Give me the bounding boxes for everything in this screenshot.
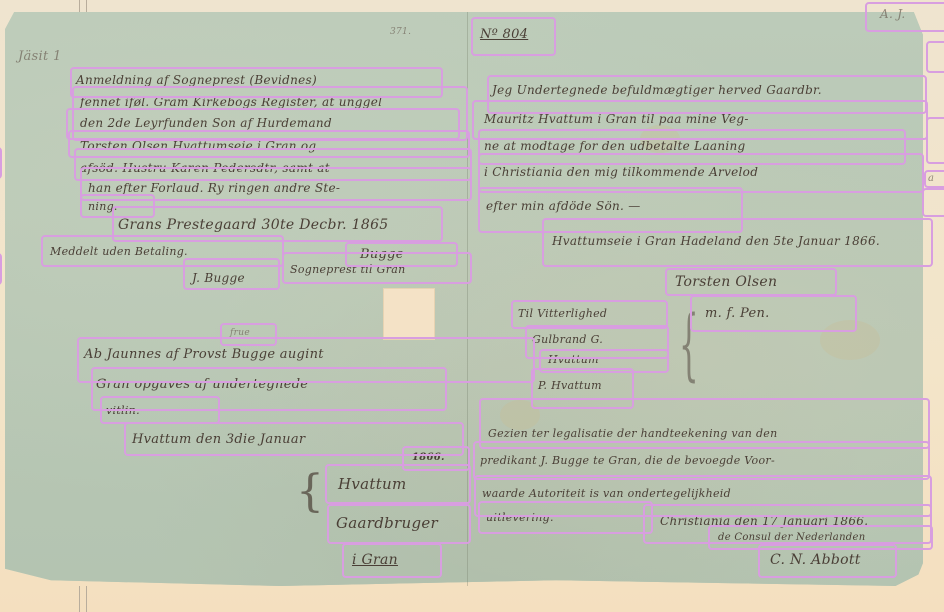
text-region-box[interactable] [926, 117, 944, 164]
bracket-mark: { [296, 466, 324, 517]
text-region-box[interactable] [183, 258, 280, 290]
text-region-box[interactable] [342, 543, 442, 578]
margin-note: Jäsit 1 [18, 50, 62, 63]
text-region-box[interactable] [0, 147, 2, 179]
text-region-box[interactable] [865, 2, 944, 32]
text-region-box[interactable] [690, 295, 857, 332]
text-region-box[interactable] [758, 544, 897, 578]
text-region-box[interactable] [665, 268, 837, 296]
text-region-box[interactable] [282, 252, 472, 284]
paper-patch [383, 288, 435, 340]
text-region-box[interactable] [926, 41, 944, 73]
text-region-box[interactable] [922, 188, 944, 217]
text-region-box[interactable] [924, 170, 944, 188]
top-mark: 371. [390, 28, 411, 37]
backing-line [79, 586, 80, 612]
backing-line [79, 0, 80, 14]
text-region-box[interactable] [0, 253, 2, 285]
backing-line [86, 586, 87, 612]
text-region-box[interactable] [478, 501, 653, 534]
text-region-box[interactable] [542, 218, 933, 267]
text-region-box[interactable] [471, 17, 556, 56]
text-region-box[interactable] [327, 504, 471, 544]
text-region-box[interactable] [325, 464, 471, 504]
text-region-box[interactable] [100, 396, 220, 424]
backing-line [86, 0, 87, 14]
